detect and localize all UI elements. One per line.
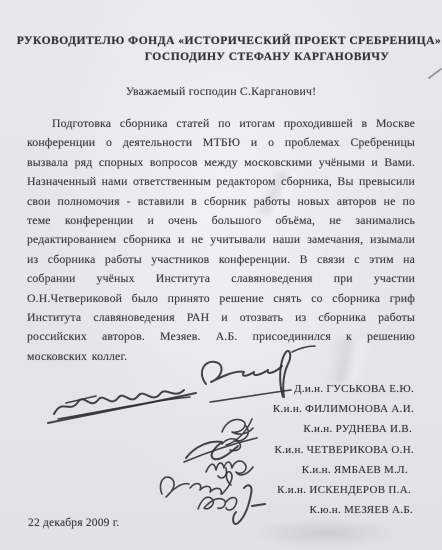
signatory-name: К.ю.н. МЕЗЯЕВ А.Б. xyxy=(310,504,413,516)
photographed-letter: РУКОВОДИТЕЛЮ ФОНДА «ИСТОРИЧЕСКИЙ ПРОЕКТ … xyxy=(0,0,442,550)
signatory-row: Д.и.н. ГУСЬКОВА Е.Ю. xyxy=(273,379,414,399)
signatory-name: К.и.н. ФИЛИМОНОВА А.И. xyxy=(273,403,414,415)
signatory-row: К.и.н. ИСКЕНДЕРОВ П.А. xyxy=(273,480,411,500)
signature-filimonova-ink xyxy=(48,393,196,423)
letter-date: 22 декабря 2009 г. xyxy=(28,517,119,529)
signatory-row: К.и.н. ФИЛИМОНОВА А.И. xyxy=(273,399,414,419)
letter-body: Подготовка сборника статей по итогам про… xyxy=(27,114,415,366)
signature-mezyaev-ink xyxy=(198,497,237,510)
letter-header: РУКОВОДИТЕЛЮ ФОНДА «ИСТОРИЧЕСКИЙ ПРОЕКТ … xyxy=(0,33,442,65)
addressee-line-1: РУКОВОДИТЕЛЮ ФОНДА «ИСТОРИЧЕСКИЙ ПРОЕКТ … xyxy=(8,33,442,49)
signature-chetverikova-ink xyxy=(184,438,257,462)
paper-shadow xyxy=(250,518,400,548)
signatory-name: К.и.н. ИСКЕНДЕРОВ П.А. xyxy=(277,484,411,496)
signatory-name: Д.и.н. ГУСЬКОВА Е.Ю. xyxy=(294,383,414,395)
signatory-name: К.и.н. ЯМБАЕВ М.Л. xyxy=(302,464,408,476)
signature-chetverikova-ink xyxy=(186,442,238,460)
signature-rudneva-ink xyxy=(222,419,253,445)
signature-mezyaev-ink xyxy=(233,485,265,524)
signatory-row: К.и.н. РУДНЕВА И.В. xyxy=(273,419,412,439)
signatory-name: К.и.н. ЧЕТВЕРИКОВА О.Н. xyxy=(275,444,414,456)
salutation: Уважаемый господин С.Карганович! xyxy=(0,84,442,99)
signature-filimonova-ink xyxy=(58,396,190,419)
stray-mark xyxy=(429,69,441,78)
signatory-row: К.и.н. ЧЕТВЕРИКОВА О.Н. xyxy=(273,440,414,460)
signature-filimonova-ink xyxy=(54,390,184,414)
signature-iskenderov-ink xyxy=(160,472,232,497)
signature-block: Д.и.н. ГУСЬКОВА Е.Ю. К.и.н. ФИЛИМОНОВА А… xyxy=(273,379,414,520)
addressee-line-2: ГОСПОДИНУ СТЕФАНУ КАРГАНОВИЧУ xyxy=(46,49,442,65)
signatory-row: К.и.н. ЯМБАЕВ М.Л. xyxy=(273,460,408,480)
signature-yambaev-ink xyxy=(206,461,253,478)
signatory-name: К.и.н. РУДНЕВА И.В. xyxy=(303,423,412,435)
signatory-row: К.ю.н. МЕЗЯЕВ А.Б. xyxy=(273,500,413,520)
